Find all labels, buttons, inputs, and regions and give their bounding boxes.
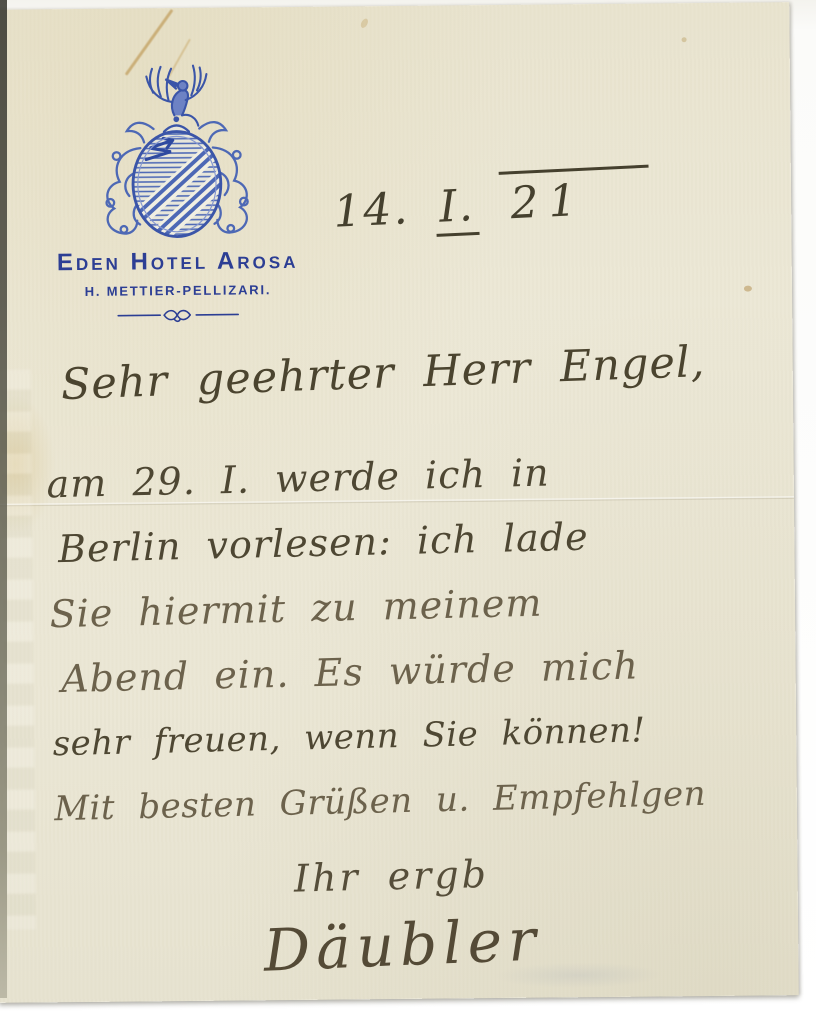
salutation-line: Sehr geehrter Herr Engel,	[60, 336, 741, 410]
proprietor-name: H. Mettier-Pellizari.	[44, 282, 312, 300]
paper-spot	[682, 37, 687, 42]
paper-spot	[744, 286, 752, 292]
hotel-crest-icon	[90, 59, 264, 247]
signature: Däubler	[262, 898, 770, 984]
letter-scan: Eden Hotel Arosa H. Mettier-Pellizari. 1…	[0, 0, 816, 1024]
scan-edge-shadow	[0, 0, 7, 998]
letter-paper: Eden Hotel Arosa H. Mettier-Pellizari. 1…	[0, 2, 799, 1003]
date-day: 14.	[332, 183, 410, 238]
hotel-name: Eden Hotel Arosa	[44, 247, 312, 278]
letterhead: Eden Hotel Arosa H. Mettier-Pellizari.	[42, 59, 313, 326]
paper-spot	[359, 17, 369, 29]
date-year: 21	[499, 165, 652, 230]
date-line: 14.I.21	[332, 166, 764, 238]
divider-ornament-icon	[116, 307, 240, 324]
date-month: I.	[434, 180, 480, 237]
letter-body: am 29. I. werde ich in Berlin vorlesen: …	[46, 436, 770, 985]
